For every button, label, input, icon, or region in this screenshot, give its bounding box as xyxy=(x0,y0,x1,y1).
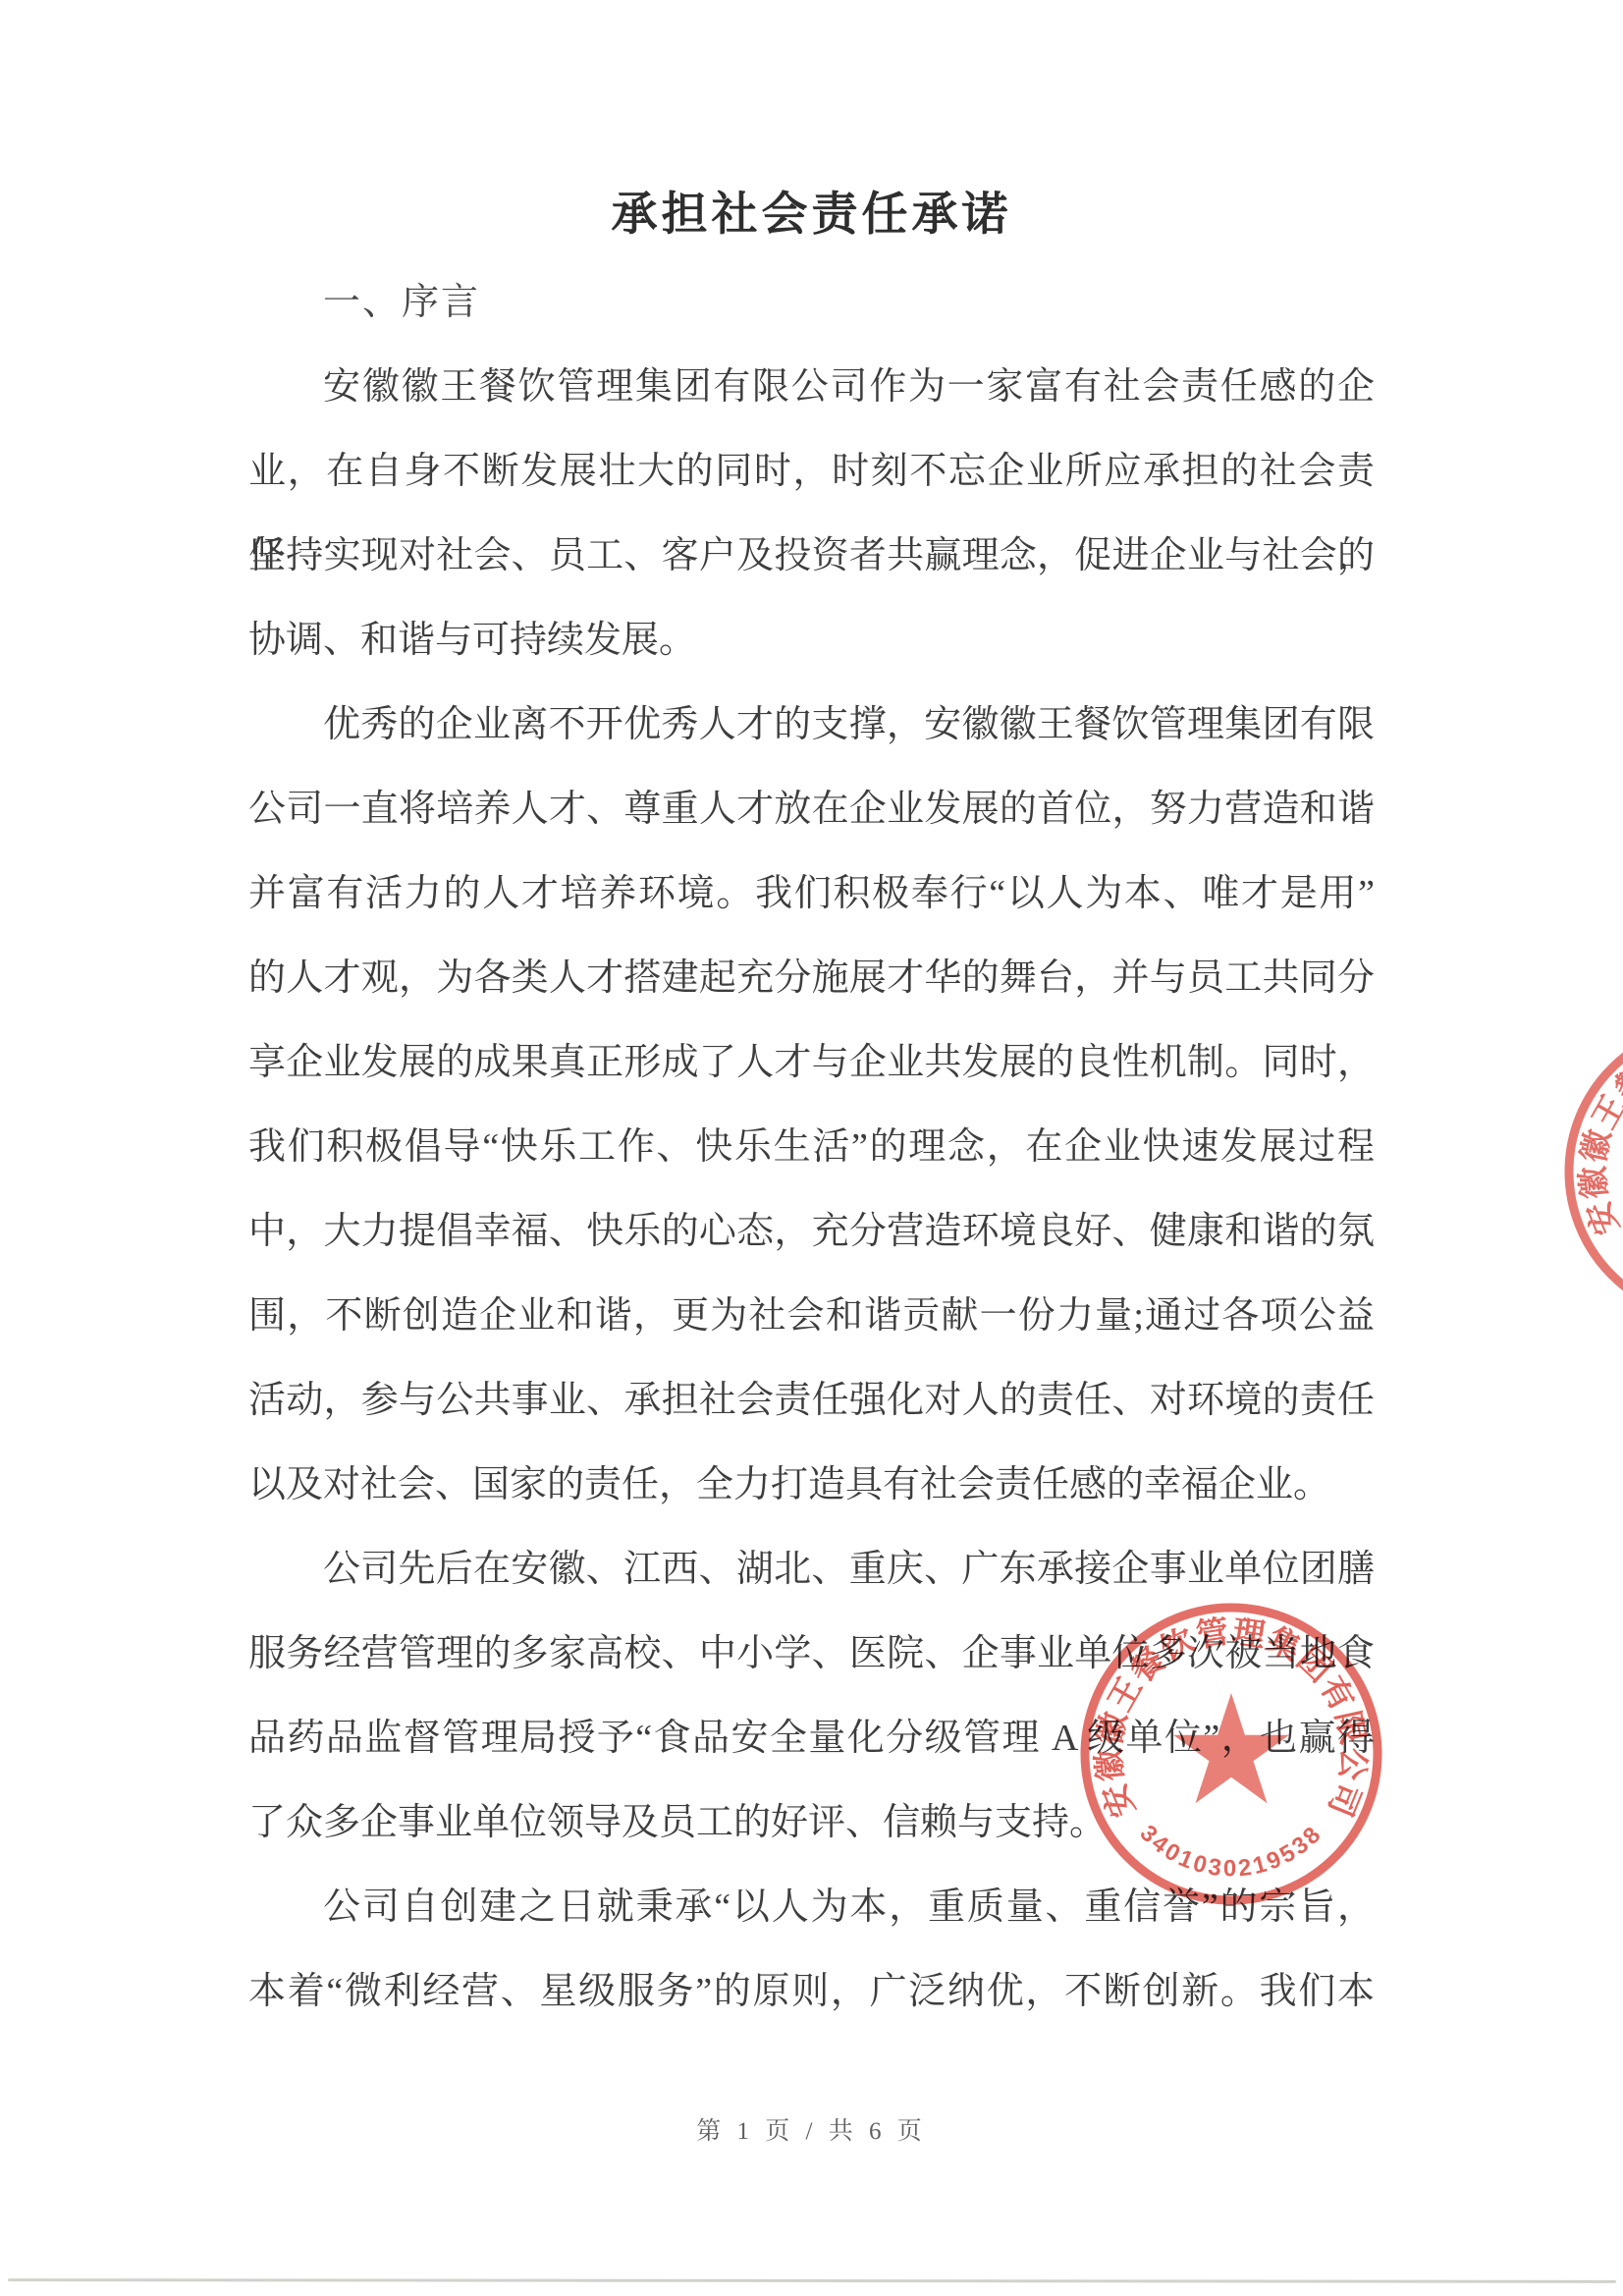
body-text-column: 一、序言 安徽徽王餐饮管理集团有限公司作为一家富有社会责任感的企业，在自身不断发… xyxy=(248,260,1375,2034)
body-line: 公司先后在安徽、江西、湖北、重庆、广东承接企事业单位团膳 xyxy=(248,1527,1375,1612)
body-line: 中，大力提倡幸福、快乐的心态，充分营造环境良好、健康和谐的氛 xyxy=(248,1189,1375,1274)
scanned-document-page: 承担社会责任承诺 一、序言 安徽徽王餐饮管理集团有限公司作为一家富有社会责任感的… xyxy=(0,0,1623,2296)
body-paragraphs: 安徽徽王餐饮管理集团有限公司作为一家富有社会责任感的企业，在自身不断发展壮大的同… xyxy=(248,345,1375,2034)
paragraph: 公司自创建之日就秉承“以人为本，重质量、重信誉”的宗旨，本着“微利经营、星级服务… xyxy=(248,1865,1375,2034)
section-heading: 一、序言 xyxy=(248,260,1375,345)
body-line: 本着“微利经营、星级服务”的原则，广泛纳优，不断创新。我们本 xyxy=(248,1949,1375,2034)
paragraph: 优秀的企业离不开优秀人才的支撑，安徽徽王餐饮管理集团有限公司一直将培养人才、尊重… xyxy=(248,683,1375,1527)
body-line: 的人才观，为各类人才搭建起充分施展才华的舞台，并与员工共同分 xyxy=(248,936,1375,1020)
body-line: 业，在自身不断发展壮大的同时，时刻不忘企业所应承担的社会责任， xyxy=(248,429,1375,514)
edge-seam-seal: 安徽徽王餐饮管理集团有限公司 xyxy=(1548,1005,1623,1339)
body-line: 享企业发展的成果真正形成了人才与企业共发展的良性机制。同时， xyxy=(248,1020,1375,1105)
body-line: 协调、和谐与可持续发展。 xyxy=(248,598,1375,683)
seal-ring xyxy=(1569,1025,1623,1318)
body-line: 围，不断创造企业和谐，更为社会和谐贡献一份力量;通过各项公益 xyxy=(248,1274,1375,1358)
svg-text:安徽徽王餐饮管理集团有限公司: 安徽徽王餐饮管理集团有限公司 xyxy=(1575,1031,1623,1239)
body-line: 公司一直将培养人才、尊重人才放在企业发展的首位，努力营造和谐 xyxy=(248,767,1375,851)
page-title: 承担社会责任承诺 xyxy=(0,178,1623,244)
body-line: 我们积极倡导“快乐工作、快乐生活”的理念，在企业快速发展过程 xyxy=(248,1105,1375,1189)
body-line: 坚持实现对社会、员工、客户及投资者共赢理念，促进企业与社会的 xyxy=(248,514,1375,598)
body-line: 了众多企事业单位领导及员工的好评、信赖与支持。 xyxy=(248,1780,1375,1865)
body-line: 安徽徽王餐饮管理集团有限公司作为一家富有社会责任感的企 xyxy=(248,345,1375,429)
paragraph: 公司先后在安徽、江西、湖北、重庆、广东承接企事业单位团膳服务经营管理的多家高校、… xyxy=(248,1527,1375,1865)
body-line: 并富有活力的人才培养环境。我们积极奉行“以人为本、唯才是用” xyxy=(248,851,1375,936)
body-line: 品药品监督管理局授予“食品安全量化分级管理 A 级单位”，也赢得 xyxy=(248,1696,1375,1780)
body-line: 优秀的企业离不开优秀人才的支撑，安徽徽王餐饮管理集团有限 xyxy=(248,683,1375,767)
seal-company-name: 安徽徽王餐饮管理集团有限公司 xyxy=(1575,1031,1623,1239)
body-line: 服务经营管理的多家高校、中小学、医院、企事业单位多次被当地食 xyxy=(248,1612,1375,1696)
page-number-footer: 第 1 页 / 共 6 页 xyxy=(0,2111,1623,2147)
scan-artifact-line xyxy=(8,2278,1616,2283)
body-line: 活动，参与公共事业、承担社会责任强化对人的责任、对环境的责任 xyxy=(248,1358,1375,1443)
body-line: 以及对社会、国家的责任，全力打造具有社会责任感的幸福企业。 xyxy=(248,1443,1375,1527)
body-line: 公司自创建之日就秉承“以人为本，重质量、重信誉”的宗旨， xyxy=(248,1865,1375,1949)
paragraph: 安徽徽王餐饮管理集团有限公司作为一家富有社会责任感的企业，在自身不断发展壮大的同… xyxy=(248,345,1375,683)
